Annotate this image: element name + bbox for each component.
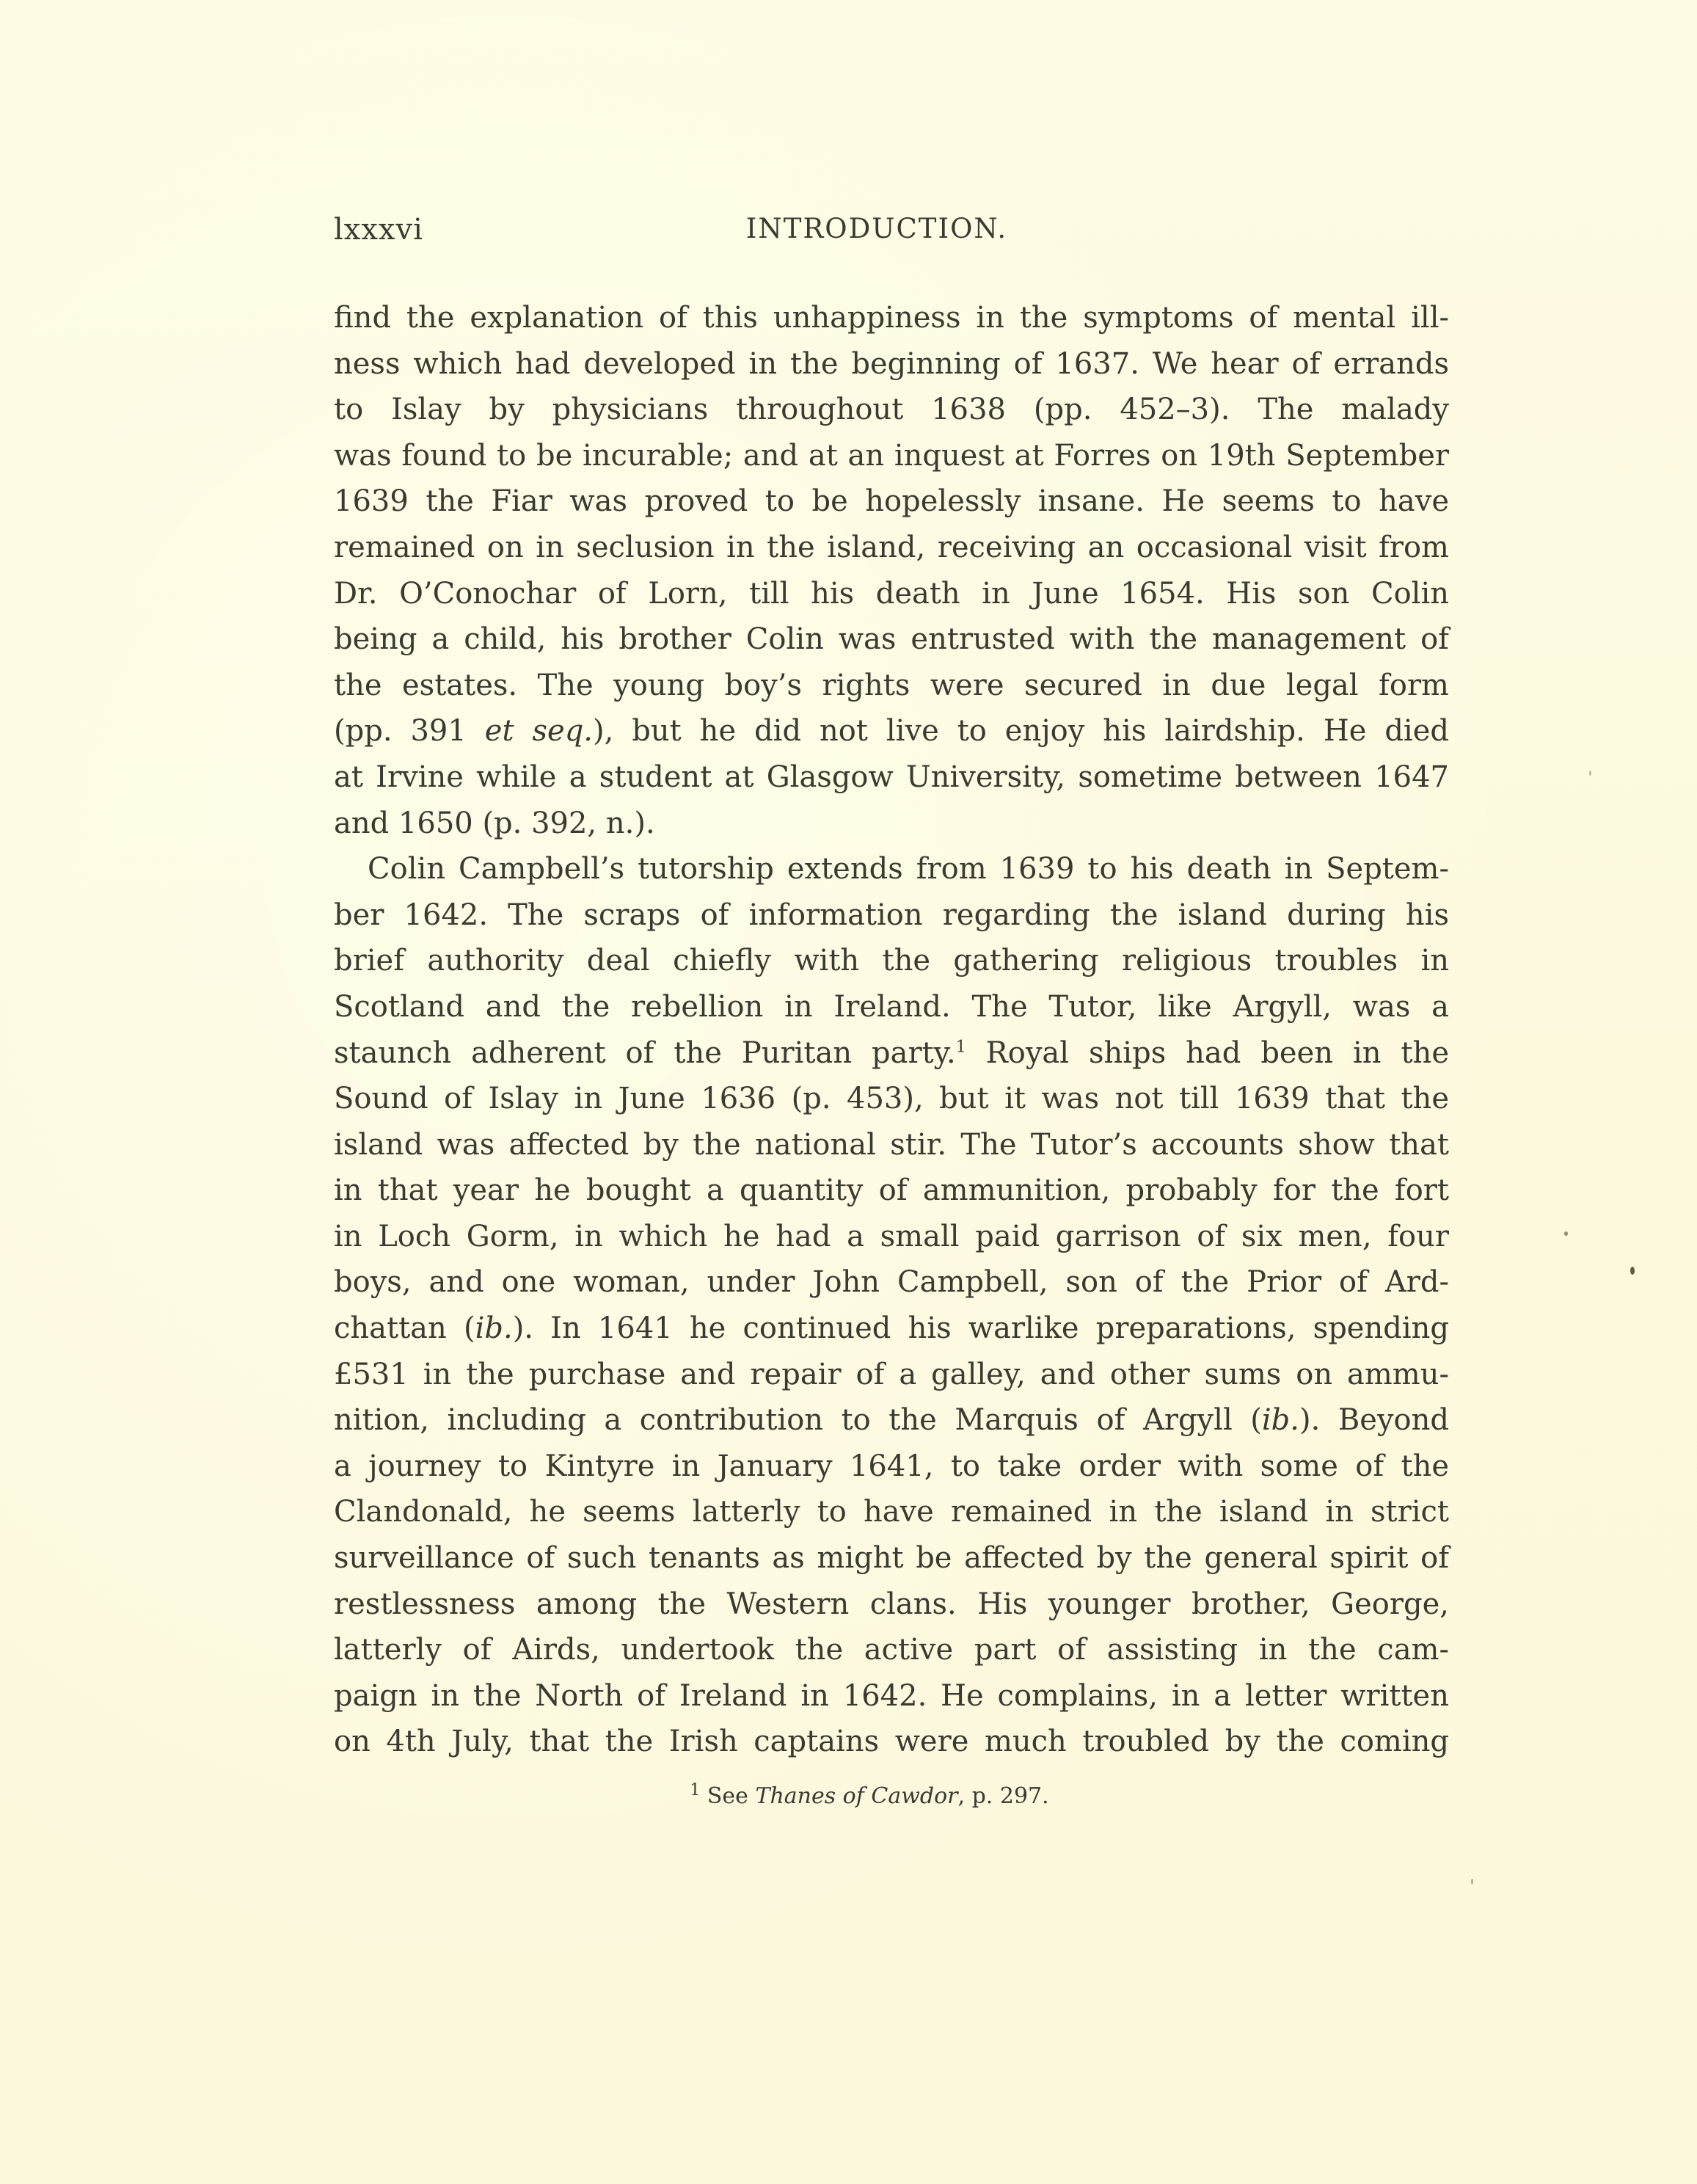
text-line: a journey to Kintyre in January 1641, to…: [334, 1444, 1449, 1490]
text-run: (pp. 391: [334, 714, 485, 748]
chapter-title: INTRODUCTION.: [334, 213, 1449, 244]
footnote-text: , p. 297.: [958, 1783, 1049, 1809]
text-line: surveillance of such tenants as might be…: [334, 1535, 1449, 1581]
text-line: island was affected by the national stir…: [334, 1122, 1449, 1168]
text-line: being a child, his brother Colin was ent…: [334, 616, 1449, 663]
text-line: at Irvine while a student at Glasgow Uni…: [334, 754, 1449, 801]
italic-text-run: et seq.: [485, 714, 593, 748]
footnote-text: See: [700, 1783, 755, 1809]
text-run: chattan (: [334, 1311, 475, 1345]
text-line: in that year he bought a quantity of amm…: [334, 1168, 1449, 1214]
text-line: was found to be incurable; and at an inq…: [334, 433, 1449, 479]
text-line: restlessness among the Western clans. Hi…: [334, 1581, 1449, 1628]
text-line: remained on in seclusion in the island, …: [334, 525, 1449, 571]
paragraph-2: Colin Campbell’s tutorship extends from …: [334, 846, 1449, 1765]
text-line-with-footnote-ref: staunch adherent of the Puritan party.1 …: [334, 1030, 1449, 1077]
text-line: £531 in the purchase and repair of a gal…: [334, 1352, 1449, 1398]
text-line: Clandonald, he seems latterly to have re…: [334, 1489, 1449, 1535]
scanned-page: lxxxvi INTRODUCTION. find the explanatio…: [0, 0, 1697, 2184]
running-head: lxxxvi INTRODUCTION.: [334, 213, 1449, 257]
text-line: ness which had developed in the beginnin…: [334, 341, 1449, 387]
text-run: nition, including a contribution to the …: [334, 1403, 1262, 1437]
text-line: Dr. O’Conochar of Lorn, till his death i…: [334, 571, 1449, 617]
text-line: to Islay by physicians throughout 1638 (…: [334, 387, 1449, 433]
text-line: find the explanation of this unhappiness…: [334, 295, 1449, 341]
paper-speck: [1471, 1879, 1473, 1885]
text-line: Scotland and the rebellion in Ireland. T…: [334, 984, 1449, 1030]
text-line: ber 1642. The scraps of information rega…: [334, 892, 1449, 939]
text-line-with-italic: chattan (ib.). In 1641 he continued his …: [334, 1306, 1449, 1352]
footnote-italic-title: Thanes of Cawdor: [755, 1783, 957, 1809]
body-text: find the explanation of this unhappiness…: [334, 295, 1449, 1765]
text-line: in Loch Gorm, in which he had a small pa…: [334, 1214, 1449, 1260]
footnote: 1 See Thanes of Cawdor, p. 297.: [334, 1783, 1449, 1809]
paper-speck: [1630, 1267, 1635, 1275]
text-run: Royal ships had been in the: [966, 1036, 1449, 1070]
footnote-marker: 1: [690, 1781, 700, 1799]
italic-text-run: ib.: [1262, 1403, 1299, 1437]
text-line: latterly of Airds, undertook the active …: [334, 1627, 1449, 1673]
text-run: ), but he did not live to enjoy his lair…: [593, 714, 1449, 748]
text-run: ). Beyond: [1299, 1403, 1449, 1437]
paper-speck: [1564, 1231, 1568, 1236]
footnote-reference[interactable]: 1: [956, 1038, 966, 1056]
text-line: and 1650 (p. 392, n.).: [334, 801, 1449, 847]
text-line: on 4th July, that the Irish captains wer…: [334, 1719, 1449, 1765]
text-line: Sound of Islay in June 1636 (p. 453), bu…: [334, 1076, 1449, 1122]
text-line-with-italic: (pp. 391 et seq.), but he did not live t…: [334, 708, 1449, 754]
text-line: Colin Campbell’s tutorship extends from …: [334, 846, 1449, 892]
text-line: paign in the North of Ireland in 1642. H…: [334, 1673, 1449, 1719]
paper-speck: [1589, 771, 1591, 776]
italic-text-run: ib.: [475, 1311, 513, 1345]
text-line: boys, and one woman, under John Campbell…: [334, 1259, 1449, 1306]
text-line: 1639 the Fiar was proved to be hopelessl…: [334, 478, 1449, 525]
text-run: ). In 1641 he continued his warlike prep…: [513, 1311, 1449, 1345]
text-line-with-italic: nition, including a contribution to the …: [334, 1397, 1449, 1444]
text-line: the estates. The young boy’s rights were…: [334, 663, 1449, 709]
paragraph-1: find the explanation of this unhappiness…: [334, 295, 1449, 846]
text-run: staunch adherent of the Puritan party.: [334, 1036, 956, 1070]
text-line: brief authority deal chiefly with the ga…: [334, 938, 1449, 984]
